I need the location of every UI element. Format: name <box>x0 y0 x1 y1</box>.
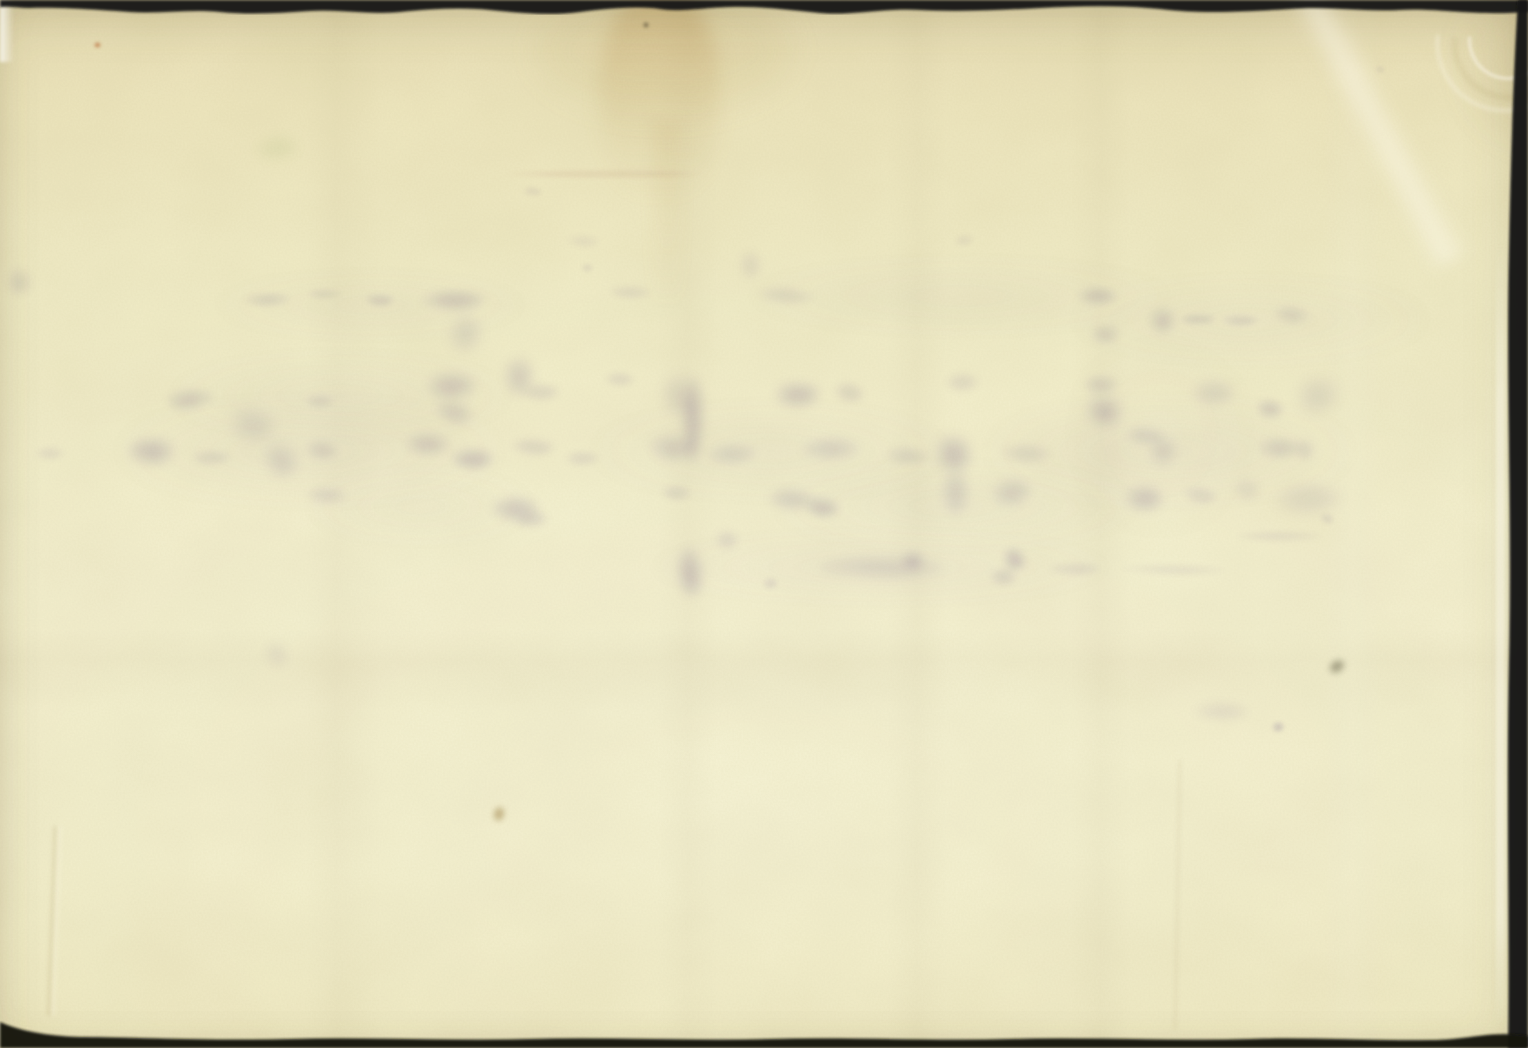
scanned-document <box>0 0 1528 1048</box>
ink-smudge <box>398 429 451 457</box>
ink-smudge <box>653 365 700 417</box>
ink-smudge <box>515 506 553 531</box>
ink-smudge <box>1295 435 1317 461</box>
crease-highlight-band <box>1280 0 1471 272</box>
ink-smudge <box>300 392 336 408</box>
ink-smudge <box>1040 560 1100 576</box>
paper-speck <box>94 42 101 48</box>
ink-smudge <box>1376 66 1384 73</box>
ink-smudge <box>1145 307 1177 336</box>
ink-smudge <box>1222 312 1258 326</box>
fold-line-left-highlight <box>52 826 62 1016</box>
scanner-streaks <box>0 0 1528 1048</box>
ink-smudge <box>300 484 348 504</box>
ink-smudge <box>236 291 294 308</box>
paper-texture <box>0 0 1528 1048</box>
paper-sheet <box>0 0 1528 1048</box>
ink-smudge <box>510 436 554 456</box>
ink-smudge <box>600 370 636 388</box>
ink-haze <box>280 478 560 534</box>
ink-smudge <box>1270 720 1284 732</box>
crease-arc-inner <box>1452 0 1528 96</box>
ink-smudge <box>417 371 478 403</box>
ink-haze <box>610 542 1150 592</box>
paper-speck <box>1326 656 1348 677</box>
ink-smudge <box>800 435 871 463</box>
ink-smudge <box>674 537 708 597</box>
ink-smudge <box>952 232 974 246</box>
ink-smudge <box>700 440 756 464</box>
ink-smudge <box>928 434 974 474</box>
ink-smudge <box>229 399 277 446</box>
ink-smudge <box>1261 477 1342 516</box>
ink-smudge <box>680 371 711 464</box>
ink-smudge <box>999 546 1028 571</box>
ink-smudge <box>1183 700 1249 724</box>
ink-smudge <box>712 528 738 552</box>
ink-haze <box>560 418 980 484</box>
ink-haze <box>1100 350 1220 520</box>
ink-smudge <box>127 435 182 468</box>
scan-border-bottom <box>0 1022 1528 1048</box>
ink-smudge <box>1072 284 1120 304</box>
ink-smudge <box>1289 370 1340 413</box>
ink-smudge <box>1000 440 1060 462</box>
ink-smudge <box>366 291 394 306</box>
scan-border-top <box>0 0 1528 14</box>
ink-smudge <box>34 446 70 462</box>
ink-smudge <box>524 186 542 198</box>
ink-smudge <box>639 430 700 461</box>
ink-smudge <box>1226 528 1336 542</box>
paper-speck <box>643 22 649 28</box>
ink-smudge <box>580 262 594 272</box>
crease-arc-shadow <box>1429 0 1528 123</box>
ink-smudge <box>264 640 292 670</box>
fold-line-left <box>47 826 58 1016</box>
fold-line-right <box>1174 760 1182 1030</box>
ink-smudge <box>1123 424 1163 446</box>
ink-smudge <box>1251 397 1285 422</box>
ink-smudge <box>1250 435 1303 459</box>
ink-smudge <box>1230 475 1260 501</box>
stain-top-column <box>652 120 682 310</box>
ink-smudge <box>442 305 488 356</box>
ink-smudge <box>880 444 930 464</box>
ink-smudge <box>157 386 213 412</box>
ink-smudge <box>300 440 340 460</box>
scan-border-right <box>1508 0 1528 1048</box>
ink-haze <box>700 268 1220 324</box>
paper-speck <box>491 805 507 824</box>
crease-arc-outer <box>1408 0 1528 140</box>
ink-smudge <box>775 378 819 408</box>
ink-smudge <box>829 381 866 403</box>
ink-smudge <box>799 492 841 518</box>
ink-smudge <box>190 448 230 466</box>
ink-smudge <box>756 285 815 307</box>
ink-haze <box>140 366 540 426</box>
ink-smudge <box>451 442 501 470</box>
ink-smudge <box>566 232 600 248</box>
ink-smudge <box>260 440 299 478</box>
ink-haze <box>180 280 560 330</box>
ink-smudge <box>1120 562 1240 576</box>
ink-smudge <box>560 448 600 466</box>
ink-smudge <box>820 553 960 581</box>
ink-haze <box>1040 290 1460 350</box>
ink-haze <box>740 476 1170 536</box>
paper-edge-highlight <box>1496 240 1505 1030</box>
ink-smudge <box>4 262 34 295</box>
ink-smudge <box>1078 372 1118 394</box>
ink-smudge <box>483 491 540 522</box>
ink-smudge <box>610 283 658 299</box>
ink-smudge <box>984 477 1031 507</box>
ink-smudge <box>434 395 481 427</box>
ink-smudge <box>900 548 928 572</box>
ink-smudge <box>520 380 560 400</box>
paper-speck <box>255 133 302 163</box>
scan-corner-top-left <box>0 0 14 62</box>
ink-bleed-layer <box>0 0 1528 1048</box>
stain-top-tint <box>540 0 790 110</box>
ink-haze <box>90 416 530 486</box>
ink-smudge <box>760 575 778 589</box>
ink-smudge <box>986 566 1016 586</box>
ink-smudge <box>302 287 342 300</box>
ink-smudge <box>1188 375 1236 405</box>
ink-smudge <box>660 482 696 500</box>
crease-shadow <box>1342 0 1528 246</box>
ink-smudge <box>1320 512 1336 524</box>
ink-smudge <box>762 486 816 512</box>
stain-top-center <box>600 0 720 203</box>
ink-smudge <box>1270 303 1311 325</box>
ink-smudge <box>1087 322 1121 344</box>
ink-smudge <box>940 370 980 392</box>
ink-smudge <box>735 247 764 280</box>
ink-smudge <box>1125 482 1169 512</box>
paper-speck <box>505 170 705 178</box>
paper-vignette <box>0 0 1528 1048</box>
ink-smudge <box>418 285 487 313</box>
ink-smudge <box>1175 312 1215 326</box>
ink-smudge <box>1144 431 1177 468</box>
ink-smudge <box>1180 486 1218 504</box>
ink-haze <box>960 416 1380 486</box>
ink-smudge <box>937 461 969 520</box>
ink-smudge <box>1086 391 1128 427</box>
ink-smudge <box>497 353 536 397</box>
scan-borders <box>0 0 1528 1048</box>
